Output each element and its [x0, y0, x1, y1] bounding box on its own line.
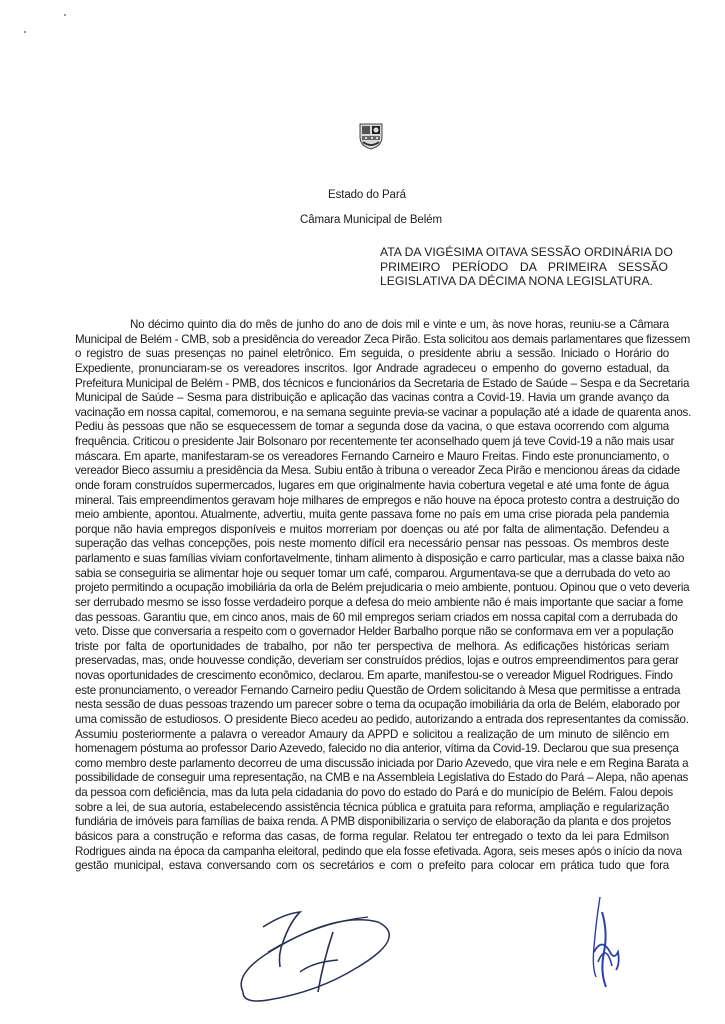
body-line: fundiária de imóveis para famílias de ba… — [75, 815, 669, 830]
body-line: Prefeitura Municipal de Belém - PMB, dos… — [75, 377, 669, 392]
body-line: ser derrubado mesmo se isso fosse verdad… — [75, 596, 669, 611]
body-line: porque não havia empregos disponíveis e … — [75, 523, 669, 538]
body-line: este pronunciamento, o vereador Fernando… — [75, 684, 669, 699]
title-line: PRIMEIRO PERÍODO DA PRIMEIRA SESSÃO — [380, 260, 668, 275]
body-line: Expediente, pronunciaram-se os vereadore… — [75, 362, 669, 377]
body-line: possibilidade de conseguir uma represent… — [75, 771, 669, 786]
body-line: preservadas, mas, onde houvesse condição… — [75, 654, 669, 669]
body-line: o registro de suas presenças no painel e… — [75, 347, 669, 362]
body-line: onde foram construídos supermercados, lu… — [75, 479, 669, 494]
body-line: como membro deste parlamento decorreu de… — [75, 757, 669, 772]
body-line: básicos para a construção e reforma das … — [75, 830, 669, 845]
institution-name: Câmara Municipal de Belém — [300, 214, 442, 226]
coat-of-arms-icon — [358, 122, 384, 150]
body-line: superação das velhas concepções, pois ne… — [75, 537, 669, 552]
body-line: sabia se conseguiria se alimentar hoje o… — [75, 567, 669, 582]
title-line: LEGISLATIVA DA DÉCIMA NONA LEGISLATURA. — [380, 274, 668, 289]
body-line: Pediu às pessoas que não se esquecessem … — [75, 420, 669, 435]
signature-left — [238, 892, 398, 1007]
body-line: Municipal de Saúde – Sesma para distribu… — [75, 391, 669, 406]
body-line: nesta sessão de duas pessoas trazendo um… — [75, 698, 669, 713]
title-line: ATA DA VIGÉSIMA OITAVA SESSÃO ORDINÁRIA … — [380, 245, 668, 260]
body-line: da pessoa com deficiência, mas da luta p… — [75, 786, 669, 801]
state-name: Estado do Pará — [328, 189, 406, 201]
body-line: máscara. Em aparte, manifestaram-se os v… — [75, 450, 669, 465]
body-line: sobre a lei, de sua autoria, estabelecen… — [75, 801, 669, 816]
scan-speck — [24, 31, 26, 33]
body-line: Assumiu posteriormente a palavra o verea… — [75, 728, 669, 743]
body-line: homenagem póstuma ao professor Dario Aze… — [75, 742, 669, 757]
body-line: novas oportunidades de crescimento econô… — [75, 669, 669, 684]
body-line: uma comissão de estudiosos. O presidente… — [75, 713, 669, 728]
minutes-body: No décimo quinto dia do mês de junho do … — [75, 318, 669, 874]
body-line: gestão municipal, estava conversando com… — [75, 859, 669, 874]
minutes-title: ATA DA VIGÉSIMA OITAVA SESSÃO ORDINÁRIA … — [380, 245, 668, 289]
body-line: meio ambiente, apontou. Atualmente, adve… — [75, 508, 669, 523]
body-line: projeto permitindo a ocupação imobiliári… — [75, 581, 669, 596]
body-line: veto. Disse que conversaria a respeito c… — [75, 625, 669, 640]
body-line: No décimo quinto dia do mês de junho do … — [75, 318, 669, 333]
body-line: vacinação em nossa capital, comemorou, e… — [75, 406, 669, 421]
body-line: triste por falta de oportunidades de tra… — [75, 640, 669, 655]
body-line: Rodrigues ainda na época da campanha ele… — [75, 845, 669, 860]
body-line: vereador Bieco assumiu a presidência da … — [75, 464, 669, 479]
scan-speck — [64, 14, 66, 16]
body-line: parlamento e suas famílias viviam confor… — [75, 552, 669, 567]
body-line: Municipal de Belém - CMB, sob a presidên… — [75, 333, 669, 348]
body-line: das pessoas. Garantiu que, em cinco anos… — [75, 611, 669, 626]
signature-right — [586, 892, 626, 997]
body-line: mineral. Tais empreendimentos geravam ho… — [75, 494, 669, 509]
body-line: frequência. Criticou o presidente Jair B… — [75, 435, 669, 450]
